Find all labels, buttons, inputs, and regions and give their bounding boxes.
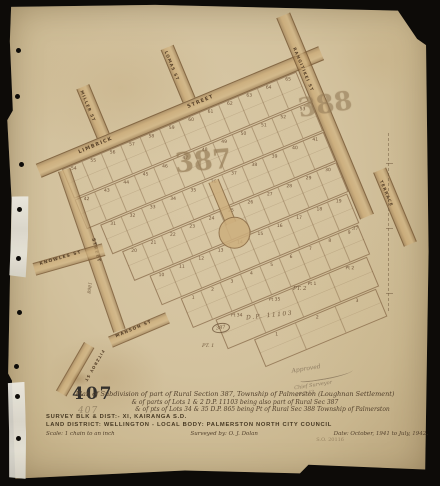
lot-number: 3 — [231, 281, 234, 286]
lot-number: 7 — [309, 248, 312, 253]
lot-number: 19 — [336, 200, 342, 205]
lot-number: 24 — [209, 217, 215, 222]
punch-hole — [17, 310, 22, 315]
lot-number: Pt 2 — [345, 267, 354, 272]
lot-number: 62 — [227, 103, 233, 108]
lot-number: 10 — [159, 274, 165, 279]
plan-title-line1: Plan of Subdivision of part of Rural Sec… — [38, 390, 432, 399]
lot-number: 42 — [84, 198, 90, 203]
lot-number: 45 — [143, 173, 149, 178]
scale-survey-date-line: Scale: 1 chain to an inch Surveyed by: O… — [38, 430, 432, 437]
so-number-label: S.O. 20116 — [38, 437, 432, 443]
lot-number: 63 — [246, 95, 252, 100]
punch-hole — [17, 207, 22, 212]
lot-number: 17 — [297, 217, 303, 222]
lot-number: 34 — [170, 198, 176, 203]
lot-37-label: 37 — [352, 226, 358, 232]
punch-hole — [16, 256, 21, 261]
lot-number: Pt 35 — [269, 299, 281, 304]
surveyed-by-label: Surveyed by: O. J. Dolan — [190, 431, 257, 437]
lot-number: 59 — [168, 127, 174, 132]
lot-number: 11 — [179, 266, 185, 271]
scanned-survey-plan: LIMBRICK STREET MILLER ST LOMAS ST RANGI… — [0, 0, 440, 486]
lot-number: 55 — [91, 159, 97, 164]
punch-hole — [16, 48, 21, 53]
lot-number: 20 — [131, 250, 137, 255]
lot-number: 64 — [266, 87, 272, 92]
lot-number: 33 — [150, 206, 156, 211]
title-block: Plan of Subdivision of part of Rural Sec… — [38, 390, 432, 443]
lot-number: 21 — [151, 242, 157, 247]
lot-number: 41 — [312, 139, 318, 144]
lot-number: 22 — [170, 234, 176, 239]
pt1-label: PT. 1 — [202, 343, 214, 349]
lot-number: Pt 34 — [231, 314, 243, 319]
lot-number: 31 — [110, 223, 116, 228]
stain-blotch — [336, 23, 426, 93]
lot-number: 2 — [316, 317, 319, 322]
section-387-number: 387 — [174, 144, 233, 180]
lot-number: 57 — [130, 143, 136, 148]
lot-number: 44 — [123, 182, 129, 187]
lot-number: 5 — [270, 264, 273, 269]
lot-number: 50 — [241, 133, 247, 138]
lot-number: 60 — [188, 119, 194, 124]
punch-hole — [16, 436, 21, 441]
lot-number: 30 — [325, 169, 331, 174]
lot-number: 23 — [189, 226, 195, 231]
lot-number: 43 — [104, 190, 110, 195]
lot-number: 1 — [275, 333, 278, 338]
lot-number: 16 — [277, 225, 283, 230]
lot-number: 39 — [272, 156, 278, 161]
lot-number: 12 — [198, 258, 204, 263]
lot-number: 3 — [356, 300, 359, 305]
lot-number: 46 — [162, 165, 168, 170]
lot-number: 15 — [257, 233, 263, 238]
punch-hole — [19, 162, 24, 167]
scale-label: Scale: 1 chain to an inch — [46, 431, 115, 437]
lot-number: 54 — [71, 168, 77, 173]
lot-number: 6 — [289, 256, 292, 261]
lot-number: 9 — [348, 232, 351, 237]
lot-number: 38 — [251, 164, 257, 169]
lot-number: 56 — [110, 151, 116, 156]
lot-number: 13 — [218, 249, 224, 254]
lot-number: Pt 1 — [308, 283, 317, 288]
punch-hole — [15, 94, 20, 99]
survey-tick — [386, 293, 393, 294]
lot-number: 52 — [280, 116, 286, 121]
lot-number: 58 — [149, 135, 155, 140]
lot-number: 32 — [130, 215, 136, 220]
punch-hole — [15, 394, 20, 399]
lot-number: 2 — [211, 289, 214, 294]
lot-number: 27 — [267, 193, 273, 198]
lot-number: 18 — [316, 209, 322, 214]
lot-number: 51 — [260, 125, 266, 130]
survey-district-line: SURVEY BLK & DIST:- XI, KAIRANGA S.D. — [38, 414, 432, 422]
lot-number: 4 — [250, 272, 253, 277]
land-district-line: LAND DISTRICT: WELLINGTON - LOCAL BODY: … — [38, 422, 432, 430]
lot-number: 65 — [285, 78, 291, 83]
survey-dashed-line — [388, 133, 389, 311]
lot-number: 8 — [329, 240, 332, 245]
lot-number: 61 — [207, 111, 213, 116]
plan-title-line3: & of pts of Lots 34 & 35 D.P. 865 being … — [38, 406, 432, 414]
lot-number: 26 — [248, 201, 254, 206]
punch-hole — [14, 364, 19, 369]
lot-number: 40 — [292, 147, 298, 152]
survey-date-label: Date: October, 1941 to July, 1942. — [334, 431, 428, 437]
lot-number: 35 — [191, 189, 197, 194]
survey-tick — [386, 163, 393, 164]
lot-number: 29 — [306, 177, 312, 182]
survey-tick — [386, 228, 393, 229]
lot-number: 28 — [286, 185, 292, 190]
plan-title-line2: & of parts of Lots 1 & 2 D.P. 11103 bein… — [38, 399, 432, 407]
lot-number: 1 — [191, 297, 194, 302]
pt2-label: PT. 2 — [293, 286, 307, 292]
